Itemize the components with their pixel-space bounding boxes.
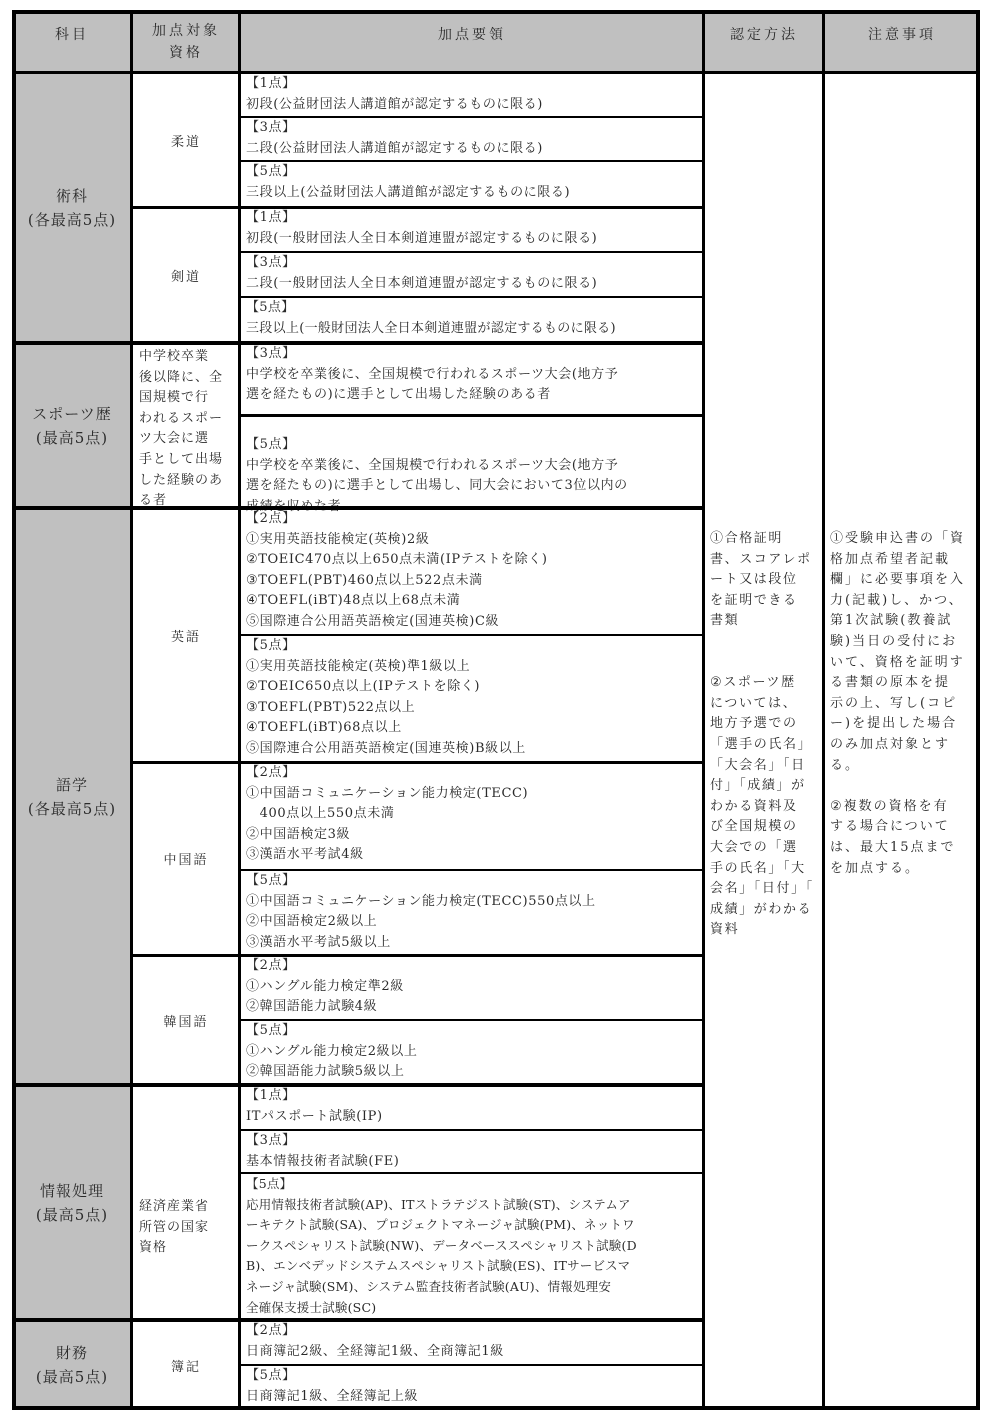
item-divider	[240, 414, 704, 417]
header-qualification: 加点対象 資格	[132, 10, 240, 73]
points-text: 基本情報技術者試験(FE)	[246, 1154, 399, 1169]
qualification-sports: 中学校卒業 後以降に、全 国規模で行 われるスポー ツ大会に選 手として出場 し…	[132, 343, 240, 508]
table-border-bottom	[12, 1406, 980, 1410]
points-text: ①実用英語技能検定(英検)準1級以上 ②TOEIC650点以上(IPテストを除く…	[246, 659, 526, 756]
header-divider	[12, 71, 980, 74]
points-badge: 【5点】	[246, 636, 700, 657]
section-divider	[12, 506, 704, 510]
table-border-top	[12, 10, 980, 14]
points-badge: 【2点】	[246, 1321, 700, 1342]
points-item: 【2点】日商簿記2級、全経簿記1級、全商簿記1級	[240, 1320, 704, 1365]
points-text: ①中国語コミュニケーション能力検定(TECC) 400点以上550点未満 ②中国…	[246, 786, 528, 863]
bonus-points-table: 科目 加点対象 資格 加点要領 認定方法 注意事項 術科 (各最高5点) スポー…	[12, 10, 980, 1410]
qualification-korean: 韓国語	[132, 955, 240, 1085]
points-item: 【5点】日商簿記1級、全経簿記上級	[240, 1365, 704, 1410]
qualification-kendo: 剣道	[132, 207, 240, 343]
header-qualification-label: 加点対象 資格	[152, 20, 220, 64]
item-divider	[240, 1129, 704, 1131]
item-divider	[240, 869, 704, 871]
qualification-judo: 柔道	[132, 73, 240, 207]
column-divider	[702, 10, 705, 1410]
column-divider	[130, 10, 133, 1410]
subject-finance: 財務 (最高5点)	[12, 1320, 132, 1410]
header-points-guide-label: 加点要領	[438, 24, 506, 46]
points-badge: 【3点】	[246, 1131, 700, 1152]
method-cell: ①合格証明 書、スコアレポ ート又は段位 を証明できる 書類 ②スポーツ歴 につ…	[704, 73, 824, 1410]
points-badge: 【5点】	[246, 1021, 700, 1042]
notes-cell: ①受験申込書の「資 格加点希望者記載 欄」に必要事項を入 力(記載)し、かつ、 …	[824, 73, 980, 1410]
table-border-right	[976, 10, 980, 1410]
subject-label: 情報処理 (最高5点)	[36, 1179, 108, 1227]
subject-martial-arts: 術科 (各最高5点)	[12, 73, 132, 343]
points-text: 二段(公益財団法人講道館が認定するものに限る)	[246, 141, 543, 156]
header-method-label: 認定方法	[730, 24, 798, 46]
qualification-label: 韓国語	[163, 1011, 208, 1030]
points-item: 【5点】三段以上(公益財団法人講道館が認定するものに限る)	[240, 161, 704, 207]
points-item: 【2点】①ハングル能力検定準2級 ②韓国語能力試験4級	[240, 955, 704, 1020]
item-divider	[240, 160, 704, 162]
header-notes: 注意事項	[824, 10, 980, 73]
points-item: 【1点】ITパスポート試験(IP)	[240, 1085, 704, 1130]
points-item: 【5点】①ハングル能力検定2級以上 ②韓国語能力試験5級以上	[240, 1020, 704, 1085]
points-item: 【5点】中学校を卒業後に、全国規模で行われるスポーツ大会(地方予 選を経たもの)…	[240, 415, 704, 508]
points-badge: 【5点】	[246, 162, 700, 183]
subject-it: 情報処理 (最高5点)	[12, 1085, 132, 1320]
points-badge: 【5点】	[246, 435, 700, 456]
header-points-guide: 加点要領	[240, 10, 704, 73]
qualification-english: 英語	[132, 508, 240, 762]
section-divider	[12, 1318, 704, 1322]
item-divider	[240, 296, 704, 298]
points-text: ①ハングル能力検定2級以上 ②韓国語能力試験5級以上	[246, 1044, 417, 1080]
subject-label: スポーツ歴 (最高5点)	[32, 402, 111, 450]
item-divider	[240, 634, 704, 636]
subject-language: 語学 (各最高5点)	[12, 508, 132, 1085]
points-badge: 【2点】	[246, 763, 700, 784]
qualification-label: 柔道	[171, 131, 201, 150]
column-divider	[822, 10, 825, 1410]
subject-label: 財務 (最高5点)	[36, 1341, 108, 1389]
qualification-it: 経済産業省 所管の国家 資格	[132, 1085, 240, 1320]
subject-label: 語学 (各最高5点)	[28, 773, 116, 821]
points-text: 中学校を卒業後に、全国規模で行われるスポーツ大会(地方予 選を経たもの)に選手と…	[246, 367, 618, 403]
qualification-label: 英語	[171, 626, 201, 645]
group-divider	[132, 761, 704, 764]
points-badge: 【5点】	[246, 1174, 700, 1195]
item-divider	[240, 1172, 704, 1174]
qualification-label: 簿記	[171, 1356, 201, 1375]
subject-label: 術科 (各最高5点)	[28, 184, 116, 232]
points-text: 三段以上(一般財団法人全日本剣道連盟が認定するものに限る)	[246, 321, 616, 336]
points-text: 応用情報技術者試験(AP)、ITストラテジスト試験(ST)、システムア ーキテク…	[246, 1197, 637, 1315]
qualification-label: 中国語	[163, 849, 208, 868]
points-item: 【5点】応用情報技術者試験(AP)、ITストラテジスト試験(ST)、システムア …	[240, 1173, 704, 1320]
points-item: 【3点】基本情報技術者試験(FE)	[240, 1130, 704, 1173]
points-badge: 【5点】	[246, 871, 700, 892]
points-text: ①ハングル能力検定準2級 ②韓国語能力試験4級	[246, 979, 404, 1015]
points-badge: 【1点】	[246, 1086, 700, 1107]
header-notes-label: 注意事項	[868, 24, 936, 46]
item-divider	[240, 251, 704, 253]
points-item: 【3点】二段(公益財団法人講道館が認定するものに限る)	[240, 117, 704, 161]
item-divider	[240, 116, 704, 118]
points-badge: 【2点】	[246, 509, 700, 530]
points-badge: 【3点】	[246, 344, 700, 365]
points-item: 【2点】①実用英語技能検定(英検)2級 ②TOEIC470点以上650点未満(I…	[240, 508, 704, 635]
points-item: 【5点】三段以上(一般財団法人全日本剣道連盟が認定するものに限る)	[240, 297, 704, 343]
points-text: 日商簿記1級、全経簿記上級	[246, 1389, 418, 1404]
points-item: 【5点】①中国語コミュニケーション能力検定(TECC)550点以上 ②中国語検定…	[240, 870, 704, 955]
points-item: 【1点】初段(公益財団法人講道館が認定するものに限る)	[240, 73, 704, 117]
points-badge: 【3点】	[246, 253, 700, 274]
qualification-chinese: 中国語	[132, 762, 240, 955]
points-text: ITパスポート試験(IP)	[246, 1109, 383, 1124]
points-text: 三段以上(公益財団法人講道館が認定するものに限る)	[246, 185, 570, 200]
points-text: 初段(一般財団法人全日本剣道連盟が認定するものに限る)	[246, 231, 597, 246]
points-item: 【5点】①実用英語技能検定(英検)準1級以上 ②TOEIC650点以上(IPテス…	[240, 635, 704, 762]
points-item: 【3点】二段(一般財団法人全日本剣道連盟が認定するものに限る)	[240, 252, 704, 297]
points-item: 【1点】初段(一般財団法人全日本剣道連盟が認定するものに限る)	[240, 207, 704, 252]
header-subject-label: 科目	[55, 24, 89, 46]
points-text: ①実用英語技能検定(英検)2級 ②TOEIC470点以上650点未満(IPテスト…	[246, 532, 548, 629]
points-badge: 【2点】	[246, 956, 700, 977]
group-divider	[132, 206, 704, 209]
header-method: 認定方法	[704, 10, 824, 73]
points-text: 初段(公益財団法人講道館が認定するものに限る)	[246, 97, 543, 112]
points-text: 二段(一般財団法人全日本剣道連盟が認定するものに限る)	[246, 276, 597, 291]
points-text: 日商簿記2級、全経簿記1級、全商簿記1級	[246, 1344, 504, 1359]
points-item: 【2点】①中国語コミュニケーション能力検定(TECC) 400点以上550点未満…	[240, 762, 704, 870]
points-badge: 【3点】	[246, 118, 700, 139]
points-text: ①中国語コミュニケーション能力検定(TECC)550点以上 ②中国語検定2級以上…	[246, 894, 596, 950]
points-badge: 【5点】	[246, 1366, 700, 1387]
section-divider	[12, 1083, 704, 1087]
qualification-label: 剣道	[171, 266, 201, 285]
points-badge: 【1点】	[246, 208, 700, 229]
points-item: 【3点】中学校を卒業後に、全国規模で行われるスポーツ大会(地方予 選を経たもの)…	[240, 343, 704, 415]
column-divider	[238, 10, 241, 1410]
qualification-bookkeeping: 簿記	[132, 1320, 240, 1410]
section-divider	[12, 341, 704, 345]
item-divider	[240, 1364, 704, 1366]
group-divider	[132, 954, 704, 957]
points-badge: 【1点】	[246, 74, 700, 95]
points-badge: 【5点】	[246, 298, 700, 319]
table-border-left	[12, 10, 16, 1410]
subject-sports: スポーツ歴 (最高5点)	[12, 343, 132, 508]
item-divider	[240, 1019, 704, 1021]
header-subject: 科目	[12, 10, 132, 73]
